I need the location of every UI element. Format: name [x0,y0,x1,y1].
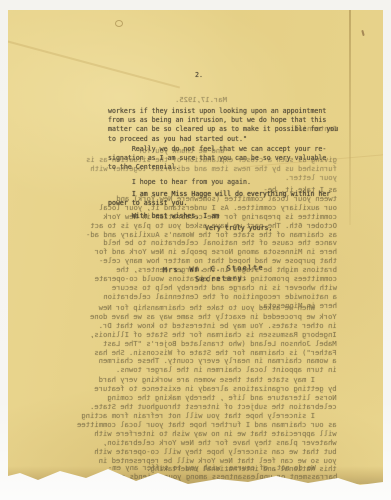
paragraph-workers: workers if they insist upon looking upon… [108,107,338,144]
stain-ring [115,20,123,27]
bleedthrough-paragraph: We do not, of course, wish you to suffer… [95,464,337,482]
ink-speck [361,30,364,36]
closing-wishes: With best wishes, I am [108,212,219,221]
paragraph-miss-hagge: I am sure Miss Hagge will do everything … [108,190,330,208]
vertical-crease [349,10,351,225]
paragraph-hope-to-hear: I hope to hear from you again. [108,178,251,187]
page-number: 2. [195,71,203,80]
bleedthrough-paragraph: When we asked you to take the chairmansh… [90,304,337,375]
signature-title: Secretary. [163,274,248,284]
paragraph-resignation: Really we do not feel that we can accept… [108,145,326,173]
letter-page: Mar.17,1925. Centennial and we thank you… [8,10,383,492]
bleedthrough-paragraph: I may state that these women are working… [90,376,337,412]
diagonal-crease [0,37,180,88]
bleedthrough-date: Mar.17,1925. [175,96,227,105]
signature-block: Mrs. Wm. C. Stoelte Secretary. [163,264,264,286]
valediction: Very truly yours, [205,224,273,233]
signature-name: Mrs. Wm. C. Stoelte [163,264,264,275]
